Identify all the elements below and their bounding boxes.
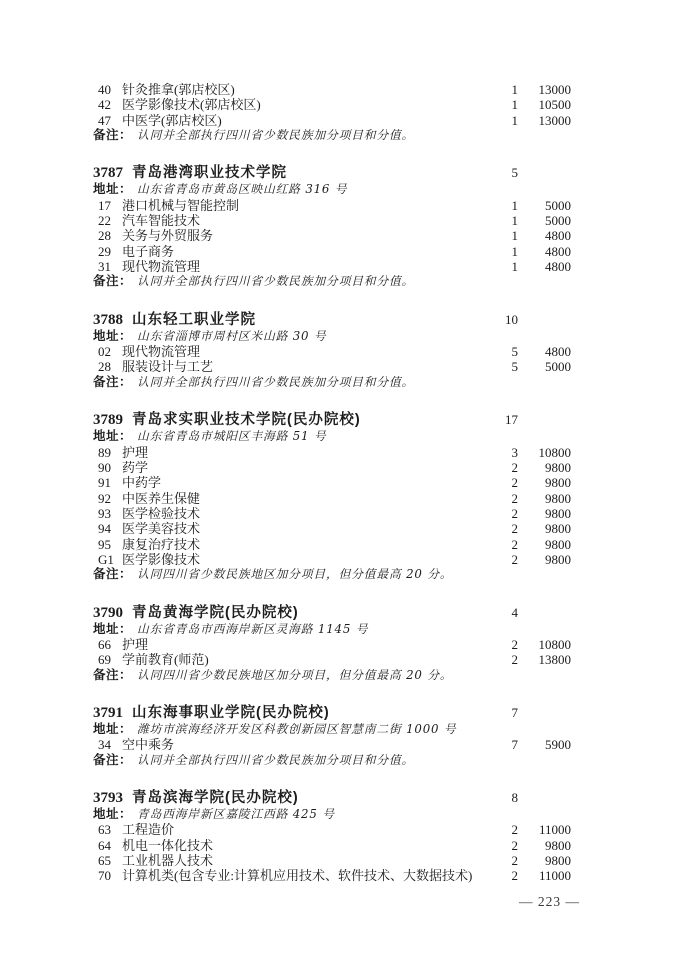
major-code: 63: [98, 822, 115, 837]
major-name: 学前教育(师范): [122, 652, 472, 667]
major-fee: 13000: [518, 113, 571, 128]
major-fee: 4800: [518, 344, 571, 359]
school-header: 3789青岛求实职业技术学院(民办院校)17: [93, 411, 571, 429]
major-row: 95康复治疗技术29800: [93, 537, 571, 552]
school-code: 3793: [93, 789, 123, 807]
address-text: 山东省青岛市城阳区丰海路 51 号: [137, 429, 571, 444]
document-page: 40针灸推拿(郭店校区)11300042医学影像技术(郭店校区)11050047…: [0, 0, 680, 961]
major-code: 64: [98, 838, 115, 853]
major-quota: 2: [472, 491, 518, 506]
major-fee: 5000: [518, 198, 571, 213]
remark-row: 备注：认同并全部执行四川省少数民族加分项目和分值。: [93, 128, 571, 143]
major-fee: 4800: [518, 259, 571, 274]
major-fee: 5000: [518, 359, 571, 374]
school-code: 3789: [93, 411, 123, 429]
school-name: 青岛滨海学院(民办院校): [132, 789, 472, 807]
major-quota: 2: [472, 637, 518, 652]
major-row: G1医学影像技术29800: [93, 552, 571, 567]
school-code: 3788: [93, 311, 123, 329]
school-name: 青岛黄海学院(民办院校): [132, 604, 472, 622]
major-quota: 2: [472, 506, 518, 521]
major-row: 92中医养生保健29800: [93, 491, 571, 506]
major-name: 护理: [122, 445, 472, 460]
major-quota: 3: [472, 445, 518, 460]
school-header: 3791山东海事职业学院(民办院校)7: [93, 704, 571, 722]
remark-label: 备注：: [93, 128, 132, 143]
school-code: 3787: [93, 164, 123, 182]
major-row: 02现代物流管理54800: [93, 344, 571, 359]
remark-row: 备注：认同并全部执行四川省少数民族加分项目和分值。: [93, 375, 571, 390]
major-name: 医学检验技术: [122, 506, 472, 521]
major-row: 64机电一体化技术29800: [93, 838, 571, 853]
major-code: G1: [98, 552, 115, 567]
major-code: 40: [98, 82, 115, 97]
major-row: 65工业机器人技术29800: [93, 853, 571, 868]
major-code: 17: [98, 198, 115, 213]
major-quota: 2: [472, 537, 518, 552]
major-name: 康复治疗技术: [122, 537, 472, 552]
major-row: 91中药学29800: [93, 475, 571, 490]
address-label: 地址：: [93, 807, 132, 822]
major-fee: 10800: [518, 445, 571, 460]
major-code: 47: [98, 113, 115, 128]
major-fee: 10500: [518, 97, 571, 112]
address-label: 地址：: [93, 722, 132, 737]
major-row: 22汽车智能技术15000: [93, 213, 571, 228]
major-name: 关务与外贸服务: [122, 228, 472, 243]
major-fee: 4800: [518, 244, 571, 259]
major-code: 02: [98, 344, 115, 359]
page-footer: — 223 —: [0, 894, 580, 910]
major-fee: 9800: [518, 537, 571, 552]
school-section: 3793青岛滨海学院(民办院校)8地址：青岛西海岸新区嘉陵江西路 425 号63…: [93, 789, 571, 884]
school-header: 3788山东轻工职业学院10: [93, 311, 571, 329]
major-code: 28: [98, 228, 115, 243]
remark-label: 备注：: [93, 668, 132, 683]
remark-row: 备注：认同四川省少数民族地区加分项目，但分值最高 20 分。: [93, 668, 571, 683]
admission-plan-content: 40针灸推拿(郭店校区)11300042医学影像技术(郭店校区)11050047…: [93, 82, 571, 884]
major-name: 护理: [122, 637, 472, 652]
major-row: 70计算机类(包含专业:计算机应用技术、软件技术、大数据技术)211000: [93, 868, 571, 883]
major-quota: 1: [472, 113, 518, 128]
school-name: 山东轻工职业学院: [132, 311, 472, 329]
address-text: 山东省青岛市黄岛区映山红路 316 号: [137, 182, 571, 197]
school-code: 3790: [93, 604, 123, 622]
major-quota: 2: [472, 475, 518, 490]
major-fee: 9800: [518, 475, 571, 490]
major-fee: 5900: [518, 737, 571, 752]
major-code: 90: [98, 460, 115, 475]
school-total-quota: 7: [472, 704, 518, 722]
major-code: 69: [98, 652, 115, 667]
major-code: 93: [98, 506, 115, 521]
major-quota: 5: [472, 344, 518, 359]
major-fee: 9800: [518, 506, 571, 521]
major-row: 29电子商务14800: [93, 244, 571, 259]
major-quota: 2: [472, 552, 518, 567]
major-fee: 9800: [518, 491, 571, 506]
school-total-quota: 4: [472, 604, 518, 622]
major-row: 69学前教育(师范)213800: [93, 652, 571, 667]
major-quota: 2: [472, 460, 518, 475]
major-fee: 11000: [518, 822, 571, 837]
major-name: 现代物流管理: [122, 259, 472, 274]
major-code: 70: [98, 868, 115, 883]
major-row: 34空中乘务75900: [93, 737, 571, 752]
school-section: 3788山东轻工职业学院10地址：山东省淄博市周村区米山路 30 号02现代物流…: [93, 311, 571, 390]
major-name: 中药学: [122, 475, 472, 490]
school-total-quota: 10: [472, 311, 518, 329]
major-fee: 9800: [518, 460, 571, 475]
page-number: — 223 —: [519, 894, 580, 909]
major-code: 65: [98, 853, 115, 868]
address-row: 地址：山东省青岛市西海岸新区灵海路 1145 号: [93, 622, 571, 637]
major-row: 94医学美容技术29800: [93, 521, 571, 536]
address-text: 青岛西海岸新区嘉陵江西路 425 号: [137, 807, 571, 822]
major-row: 90药学29800: [93, 460, 571, 475]
major-fee: 9800: [518, 521, 571, 536]
remark-label: 备注：: [93, 274, 132, 289]
major-quota: 2: [472, 853, 518, 868]
remark-text: 认同并全部执行四川省少数民族加分项目和分值。: [137, 274, 571, 289]
continued-section: 40针灸推拿(郭店校区)11300042医学影像技术(郭店校区)11050047…: [93, 82, 571, 143]
major-name: 医学影像技术(郭店校区): [122, 97, 472, 112]
address-row: 地址：山东省青岛市城阳区丰海路 51 号: [93, 429, 571, 444]
major-name: 工业机器人技术: [122, 853, 472, 868]
major-name: 汽车智能技术: [122, 213, 472, 228]
address-label: 地址：: [93, 429, 132, 444]
major-fee: 13800: [518, 652, 571, 667]
major-fee: 13000: [518, 82, 571, 97]
school-section: 3787青岛港湾职业技术学院5地址：山东省青岛市黄岛区映山红路 316 号17港…: [93, 164, 571, 289]
remark-text: 认同并全部执行四川省少数民族加分项目和分值。: [137, 375, 571, 390]
address-label: 地址：: [93, 329, 132, 344]
major-quota: 2: [472, 868, 518, 883]
remark-text: 认同并全部执行四川省少数民族加分项目和分值。: [137, 128, 571, 143]
address-row: 地址：山东省淄博市周村区米山路 30 号: [93, 329, 571, 344]
major-name: 针灸推拿(郭店校区): [122, 82, 472, 97]
school-name: 山东海事职业学院(民办院校): [132, 704, 472, 722]
school-total-quota: 8: [472, 789, 518, 807]
major-quota: 1: [472, 259, 518, 274]
major-name: 工程造价: [122, 822, 472, 837]
address-row: 地址：青岛西海岸新区嘉陵江西路 425 号: [93, 807, 571, 822]
address-text: 山东省淄博市周村区米山路 30 号: [137, 329, 571, 344]
school-header: 3787青岛港湾职业技术学院5: [93, 164, 571, 182]
major-fee: 9800: [518, 853, 571, 868]
major-row: 31现代物流管理14800: [93, 259, 571, 274]
address-row: 地址：山东省青岛市黄岛区映山红路 316 号: [93, 182, 571, 197]
major-quota: 1: [472, 244, 518, 259]
major-quota: 5: [472, 359, 518, 374]
major-fee: 9800: [518, 552, 571, 567]
address-label: 地址：: [93, 622, 132, 637]
school-section: 3790青岛黄海学院(民办院校)4地址：山东省青岛市西海岸新区灵海路 1145 …: [93, 604, 571, 683]
remark-label: 备注：: [93, 375, 132, 390]
major-name: 机电一体化技术: [122, 838, 472, 853]
remark-row: 备注：认同并全部执行四川省少数民族加分项目和分值。: [93, 753, 571, 768]
school-name: 青岛港湾职业技术学院: [132, 164, 472, 182]
remark-text: 认同四川省少数民族地区加分项目，但分值最高 20 分。: [137, 668, 571, 683]
major-row: 93医学检验技术29800: [93, 506, 571, 521]
major-fee: 9800: [518, 838, 571, 853]
major-quota: 1: [472, 97, 518, 112]
major-name: 医学美容技术: [122, 521, 472, 536]
major-quota: 2: [472, 822, 518, 837]
major-code: 66: [98, 637, 115, 652]
major-quota: 1: [472, 228, 518, 243]
school-section: 3791山东海事职业学院(民办院校)7地址：潍坊市滨海经济开发区科教创新园区智慧…: [93, 704, 571, 768]
major-name: 计算机类(包含专业:计算机应用技术、软件技术、大数据技术): [122, 868, 472, 883]
major-name: 药学: [122, 460, 472, 475]
school-name: 青岛求实职业技术学院(民办院校): [132, 411, 472, 429]
major-quota: 7: [472, 737, 518, 752]
major-name: 电子商务: [122, 244, 472, 259]
major-name: 中医养生保健: [122, 491, 472, 506]
major-code: 91: [98, 475, 115, 490]
remark-label: 备注：: [93, 567, 132, 582]
address-text: 潍坊市滨海经济开发区科教创新园区智慧南二街 1000 号: [137, 722, 571, 737]
major-row: 28服装设计与工艺55000: [93, 359, 571, 374]
major-code: 89: [98, 445, 115, 460]
major-quota: 2: [472, 521, 518, 536]
major-code: 94: [98, 521, 115, 536]
major-row: 66护理210800: [93, 637, 571, 652]
major-code: 29: [98, 244, 115, 259]
major-quota: 2: [472, 652, 518, 667]
major-name: 港口机械与智能控制: [122, 198, 472, 213]
major-quota: 1: [472, 82, 518, 97]
remark-text: 认同并全部执行四川省少数民族加分项目和分值。: [137, 753, 571, 768]
major-code: 31: [98, 259, 115, 274]
major-row: 89护理310800: [93, 445, 571, 460]
major-name: 现代物流管理: [122, 344, 472, 359]
major-row: 42医学影像技术(郭店校区)110500: [93, 97, 571, 112]
address-label: 地址：: [93, 182, 132, 197]
major-quota: 2: [472, 838, 518, 853]
major-name: 中医学(郭店校区): [122, 113, 472, 128]
major-fee: 5000: [518, 213, 571, 228]
address-row: 地址：潍坊市滨海经济开发区科教创新园区智慧南二街 1000 号: [93, 722, 571, 737]
major-fee: 10800: [518, 637, 571, 652]
major-name: 服装设计与工艺: [122, 359, 472, 374]
school-header: 3790青岛黄海学院(民办院校)4: [93, 604, 571, 622]
school-section: 3789青岛求实职业技术学院(民办院校)17地址：山东省青岛市城阳区丰海路 51…: [93, 411, 571, 582]
major-row: 40针灸推拿(郭店校区)113000: [93, 82, 571, 97]
school-header: 3793青岛滨海学院(民办院校)8: [93, 789, 571, 807]
major-quota: 1: [472, 213, 518, 228]
major-name: 空中乘务: [122, 737, 472, 752]
major-code: 28: [98, 359, 115, 374]
major-code: 22: [98, 213, 115, 228]
major-row: 63工程造价211000: [93, 822, 571, 837]
major-code: 42: [98, 97, 115, 112]
school-total-quota: 5: [472, 164, 518, 182]
major-code: 92: [98, 491, 115, 506]
remark-label: 备注：: [93, 753, 132, 768]
major-code: 95: [98, 537, 115, 552]
major-row: 47中医学(郭店校区)113000: [93, 113, 571, 128]
remark-row: 备注：认同四川省少数民族地区加分项目，但分值最高 20 分。: [93, 567, 571, 582]
school-total-quota: 17: [472, 411, 518, 429]
remark-text: 认同四川省少数民族地区加分项目，但分值最高 20 分。: [137, 567, 571, 582]
major-code: 34: [98, 737, 115, 752]
school-code: 3791: [93, 704, 123, 722]
remark-row: 备注：认同并全部执行四川省少数民族加分项目和分值。: [93, 274, 571, 289]
major-row: 17港口机械与智能控制15000: [93, 198, 571, 213]
address-text: 山东省青岛市西海岸新区灵海路 1145 号: [137, 622, 571, 637]
major-quota: 1: [472, 198, 518, 213]
major-name: 医学影像技术: [122, 552, 472, 567]
major-row: 28关务与外贸服务14800: [93, 228, 571, 243]
major-fee: 11000: [518, 868, 571, 883]
major-fee: 4800: [518, 228, 571, 243]
